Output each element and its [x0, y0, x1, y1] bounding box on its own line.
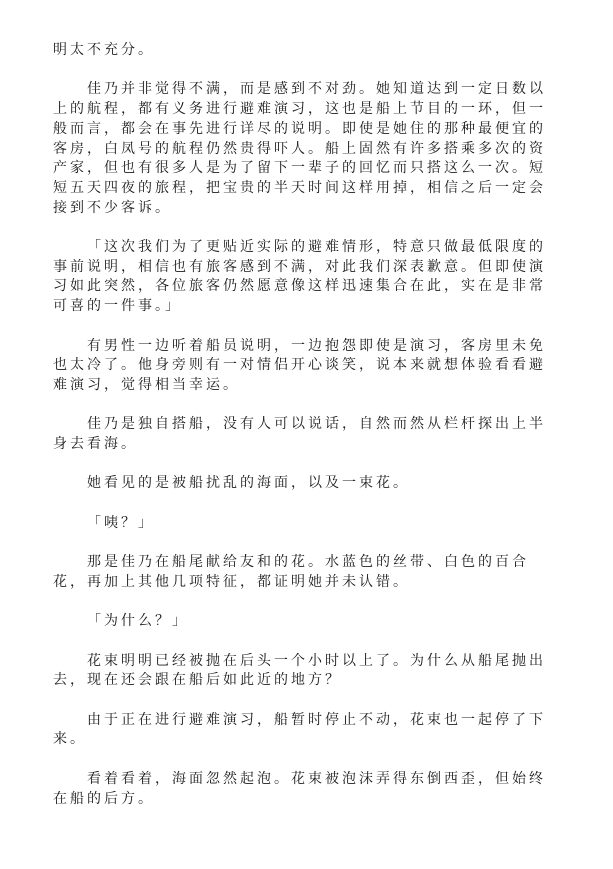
- text-line: 身去看海。: [53, 435, 563, 455]
- text-line: 短五天四夜的旅程，把宝贵的半天时间这样用掉，相信之后一定会: [53, 179, 563, 199]
- text-line: 佳乃并非觉得不满，而是感到不对劲。她知道达到一定日数以: [53, 80, 563, 100]
- text-line: 那是佳乃在船尾献给友和的花。水蓝色的丝带、白色的百合: [53, 553, 563, 573]
- text-line: 明太不充分。: [53, 41, 563, 61]
- paragraph: 花束明明已经被抛在后头一个小时以上了。为什么从船尾抛出 去，现在还会跟在船后如此…: [53, 652, 563, 691]
- paragraph: 佳乃并非觉得不满，而是感到不对劲。她知道达到一定日数以 上的航程，都有义务进行避…: [53, 80, 563, 218]
- text-line: 般而言，都会在事先进行详尽的说明。即使是她住的那种最便宜的: [53, 120, 563, 140]
- text-line: 有男性一边听着船员说明，一边抱怨即使是演习，客房里未免: [53, 337, 563, 357]
- dialogue-paragraph: 「咦？」: [53, 514, 563, 534]
- paragraph: 有男性一边听着船员说明，一边抱怨即使是演习，客房里未免 也太冷了。他身旁则有一对…: [53, 337, 563, 396]
- paragraph: 明太不充分。: [53, 41, 563, 61]
- text-line: 可喜的一件事。」: [53, 297, 563, 317]
- document-page: 明太不充分。 佳乃并非觉得不满，而是感到不对劲。她知道达到一定日数以 上的航程，…: [53, 41, 563, 829]
- text-line: 上的航程，都有义务进行避难演习，这也是船上节目的一环，但一: [53, 100, 563, 120]
- text-line: 由于正在进行避难演习，船暂时停止不动，花束也一起停了下: [53, 711, 563, 731]
- dialogue-paragraph: 「为什么？」: [53, 612, 563, 632]
- text-line: 事前说明，相信也有旅客感到不满，对此我们深表歉意。但即使演: [53, 258, 563, 278]
- text-line: 难演习，觉得相当幸运。: [53, 376, 563, 396]
- text-line: 去，现在还会跟在船后如此近的地方？: [53, 671, 563, 691]
- text-line: 来。: [53, 730, 563, 750]
- text-line: 佳乃是独自搭船，没有人可以说话，自然而然从栏杆探出上半: [53, 415, 563, 435]
- text-line: 她看见的是被船扰乱的海面，以及一束花。: [53, 474, 563, 494]
- text-line: 看着看着，海面忽然起泡。花束被泡沫弄得东倒西歪，但始终: [53, 770, 563, 790]
- paragraph: 佳乃是独自搭船，没有人可以说话，自然而然从栏杆探出上半 身去看海。: [53, 415, 563, 454]
- text-line: 「为什么？」: [53, 612, 563, 632]
- text-line: 在船的后方。: [53, 790, 563, 810]
- paragraph: 由于正在进行避难演习，船暂时停止不动，花束也一起停了下 来。: [53, 711, 563, 750]
- text-line: 也太冷了。他身旁则有一对情侣开心谈笑，说本来就想体验看看避: [53, 356, 563, 376]
- text-line: 习如此突然，各位旅客仍然愿意像这样迅速集合在此，实在是非常: [53, 277, 563, 297]
- text-line: 「这次我们为了更贴近实际的避难情形，特意只做最低限度的: [53, 238, 563, 258]
- paragraph: 那是佳乃在船尾献给友和的花。水蓝色的丝带、白色的百合 花，再加上其他几项特征，都…: [53, 553, 563, 592]
- text-line: 产家，但也有很多人是为了留下一辈子的回忆而只搭这么一次。短: [53, 159, 563, 179]
- text-line: 客房，白凤号的航程仍然贵得吓人。船上固然有许多搭乘多次的资: [53, 140, 563, 160]
- text-line: 花束明明已经被抛在后头一个小时以上了。为什么从船尾抛出: [53, 652, 563, 672]
- paragraph: 看着看着，海面忽然起泡。花束被泡沫弄得东倒西歪，但始终 在船的后方。: [53, 770, 563, 809]
- paragraph: 「这次我们为了更贴近实际的避难情形，特意只做最低限度的 事前说明，相信也有旅客感…: [53, 238, 563, 317]
- text-line: 「咦？」: [53, 514, 563, 534]
- text-line: 花，再加上其他几项特征，都证明她并未认错。: [53, 573, 563, 593]
- text-line: 接到不少客诉。: [53, 199, 563, 219]
- paragraph: 她看见的是被船扰乱的海面，以及一束花。: [53, 474, 563, 494]
